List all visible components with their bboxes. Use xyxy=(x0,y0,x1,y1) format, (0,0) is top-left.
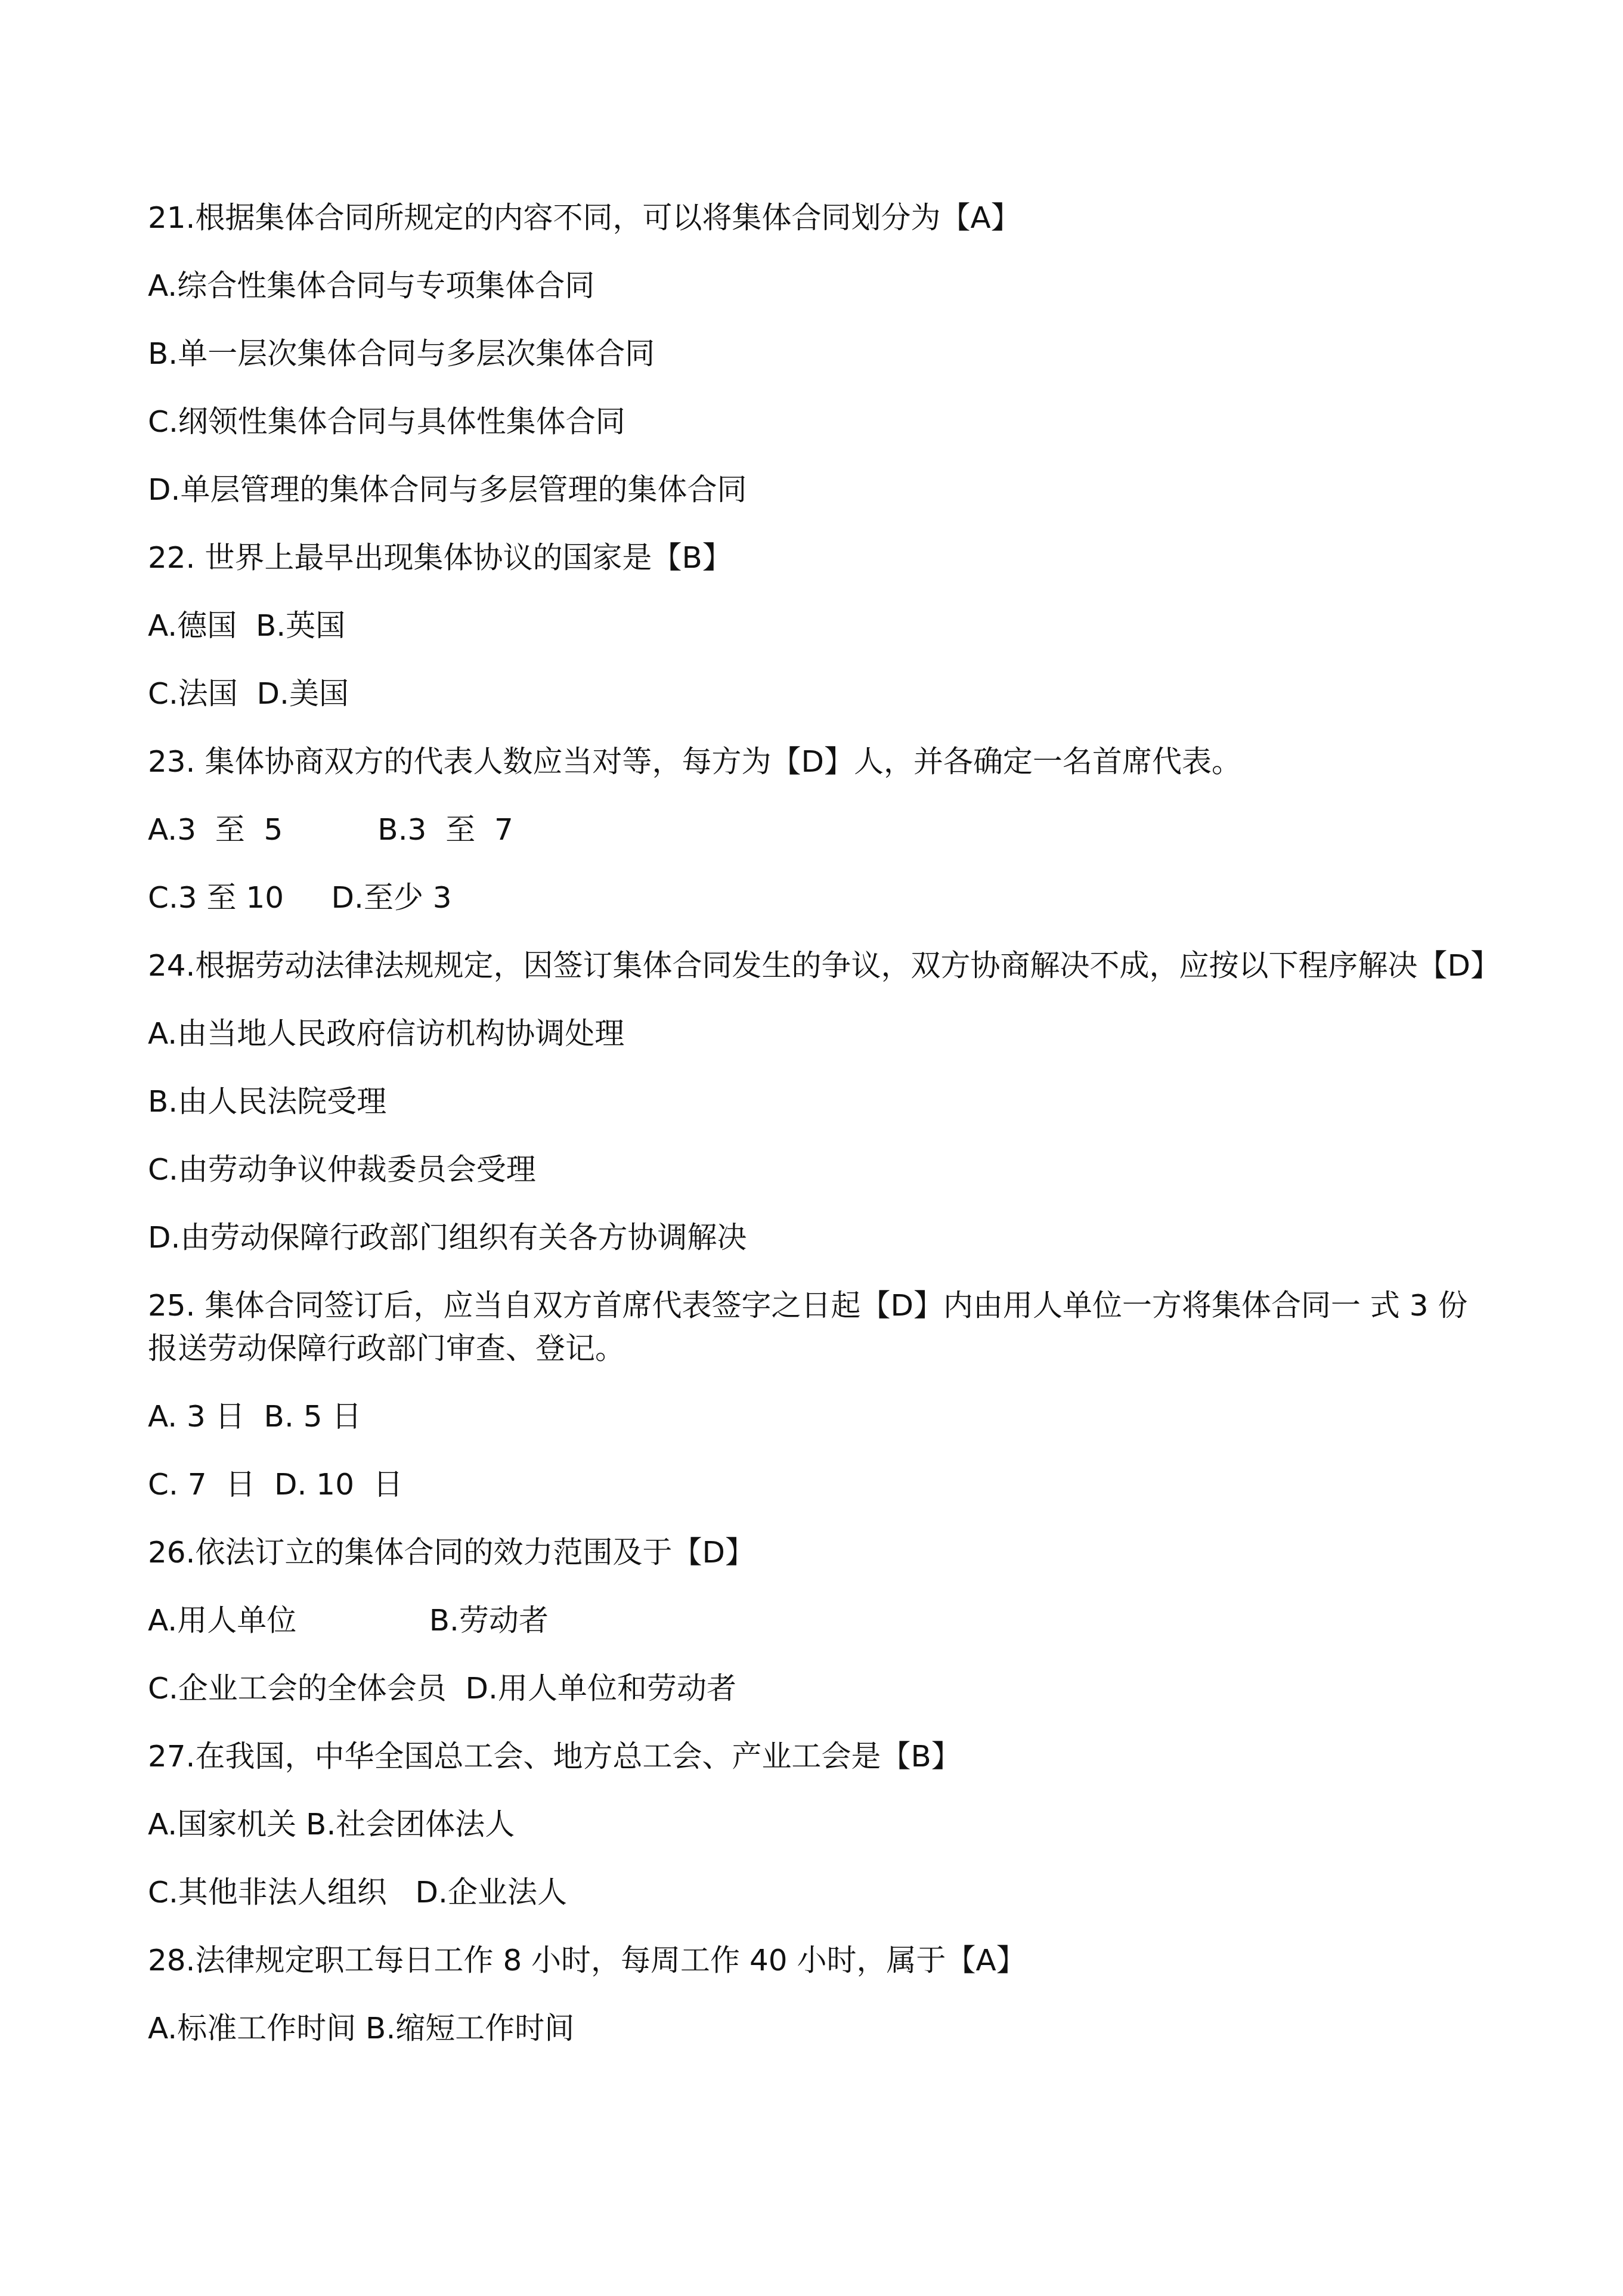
question-27-options-cd: C.其他非法人组织 D.企业法人 xyxy=(148,1871,1495,1914)
question-21-option-c: C.纲领性集体合同与具体性集体合同 xyxy=(148,400,1495,443)
question-24-stem: 24.根据劳动法律法规规定，因签订集体合同发生的争议，双方协商解决不成，应按以下… xyxy=(148,944,1495,987)
question-23-stem: 23. 集体协商双方的代表人数应当对等，每方为【D】人，并各确定一名首席代表。 xyxy=(148,740,1495,783)
question-24-option-a: A.由当地人民政府信访机构协调处理 xyxy=(148,1012,1495,1055)
question-22-options-cd: C.法国 D.美国 xyxy=(148,672,1495,715)
question-22-options-ab: A.德国 B.英国 xyxy=(148,604,1495,647)
question-24-option-b: B.由人民法院受理 xyxy=(148,1080,1495,1123)
question-21-option-d: D.单层管理的集体合同与多层管理的集体合同 xyxy=(148,468,1495,511)
question-27-options-ab: A.国家机关 B.社会团体法人 xyxy=(148,1803,1495,1846)
question-21-option-b: B.单一层次集体合同与多层次集体合同 xyxy=(148,332,1495,375)
question-24-option-d: D.由劳动保障行政部门组织有关各方协调解决 xyxy=(148,1216,1495,1259)
question-23-options-ab: A.3 至 5 B.3 至 7 xyxy=(148,808,1495,851)
document-page: 21.根据集体合同所规定的内容不同，可以将集体合同划分为【A】 A.综合性集体合… xyxy=(148,196,1495,2075)
question-26-stem: 26.依法订立的集体合同的效力范围及于【D】 xyxy=(148,1531,1495,1574)
question-26-options-ab: A.用人单位 B.劳动者 xyxy=(148,1599,1495,1642)
question-25-options-ab: A. 3 日 B. 5 日 xyxy=(148,1395,1495,1438)
question-27-stem: 27.在我国，中华全国总工会、地方总工会、产业工会是【B】 xyxy=(148,1735,1495,1778)
question-23-options-cd: C.3 至 10 D.至少 3 xyxy=(148,876,1495,919)
question-21-stem: 21.根据集体合同所规定的内容不同，可以将集体合同划分为【A】 xyxy=(148,196,1495,239)
question-28-options-ab: A.标准工作时间 B.缩短工作时间 xyxy=(148,2007,1495,2050)
question-25-stem: 25. 集体合同签订后，应当自双方首席代表签字之日起【D】内由用人单位一方将集体… xyxy=(148,1284,1495,1370)
question-24-option-c: C.由劳动争议仲裁委员会受理 xyxy=(148,1148,1495,1191)
question-22-stem: 22. 世界上最早出现集体协议的国家是【B】 xyxy=(148,536,1495,579)
question-25-options-cd: C. 7 日 D. 10 日 xyxy=(148,1463,1495,1506)
question-28-stem: 28.法律规定职工每日工作 8 小时，每周工作 40 小时，属于【A】 xyxy=(148,1939,1495,1982)
question-26-options-cd: C.企业工会的全体会员 D.用人单位和劳动者 xyxy=(148,1667,1495,1710)
question-21-option-a: A.综合性集体合同与专项集体合同 xyxy=(148,264,1495,307)
